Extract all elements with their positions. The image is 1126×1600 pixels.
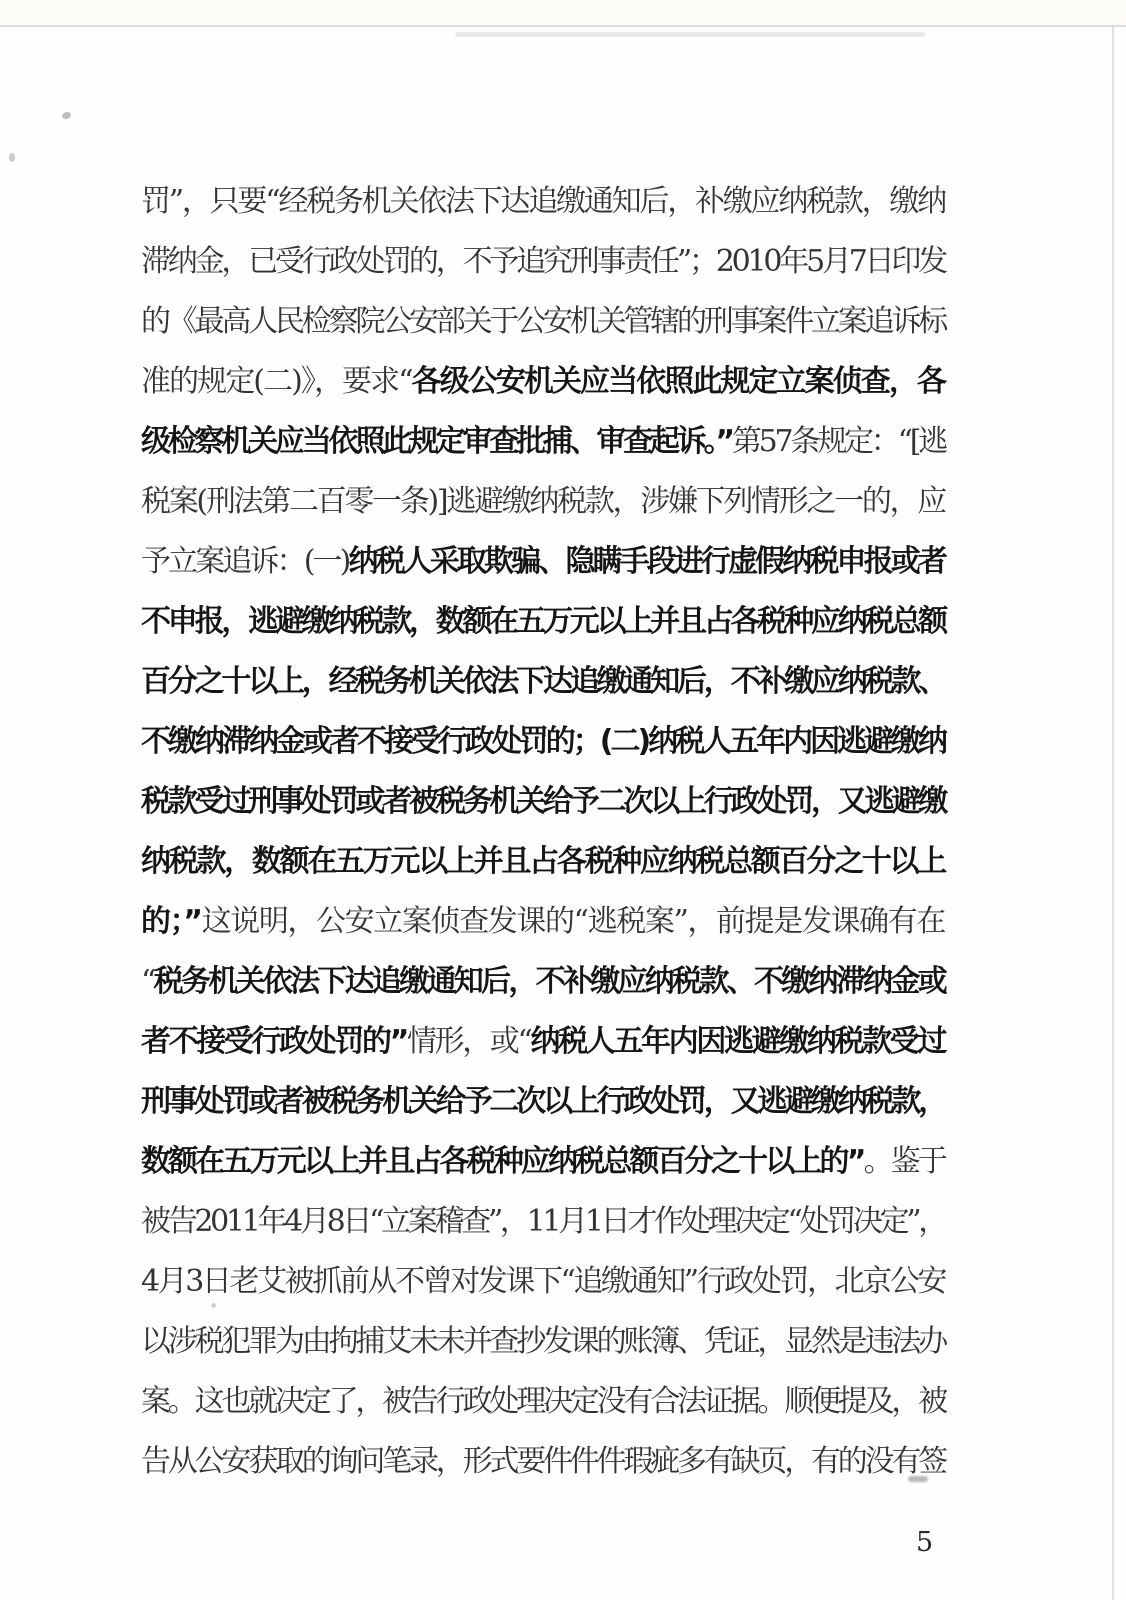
text-line: 刑事处罚或者被税务机关给予二次以上行政处罚，又逃避缴纳税款，: [141, 1072, 945, 1132]
text-run-bold: 级检察机关应当依照此规定审查批捕、审查起诉。”: [141, 424, 732, 459]
text-run-bold: 税款受过刑事处罚或者被税务机关给予二次以上行政处罚，又逃避缴: [141, 784, 945, 819]
text-run-bold: 纳税款，数额在五万元以上并且占各税种应纳税总额百分之十以上: [141, 844, 945, 879]
text-run-bold: 税务机关依法下达追缴通知后，不补缴应纳税款、不缴纳滞纳金或: [154, 964, 945, 999]
text-run-bold: 不申报，逃避缴纳税款，数额在五万元以上并且占各税种应纳税总额: [141, 604, 945, 639]
text-run-regular: 以涉税犯罪为由拘捕艾未未并查抄发课的账簿、凭证，显然是违法办: [141, 1324, 945, 1359]
text-run-regular: 。鉴于: [864, 1144, 945, 1179]
text-line: 的《最高人民检察院公安部关于公安机关管辖的刑事案件立案追诉标: [141, 292, 945, 352]
text-run-regular: 滞纳金，已受行政处罚的，不予追究刑事责任”；2010年5月7日印发: [141, 244, 945, 279]
text-line: 被告2011年4月8日“立案稽查”，11月1日才作处理决定“处罚决定”，: [141, 1192, 945, 1252]
text-line: 不缴纳滞纳金或者不接受行政处罚的；(二)纳税人五年内因逃避缴纳: [141, 712, 945, 772]
text-run-regular: 税案(刑法第二百零一条)]逃避缴纳税款，涉嫌下列情形之一的，应: [141, 484, 945, 519]
text-line: 告从公安获取的询问笔录，形式要件件件瑕疵多有缺页，有的没有签: [141, 1432, 945, 1492]
text-line: 罚”，只要“经税务机关依法下达追缴通知后，补缴应纳税款，缴纳: [141, 172, 945, 232]
text-run-regular: 的《最高人民检察院公安部关于公安机关管辖的刑事案件立案追诉标: [141, 304, 945, 339]
text-run-bold: 数额在五万元以上并且占各税种应纳税总额百分之十以上的”: [141, 1144, 864, 1179]
text-line: 不申报，逃避缴纳税款，数额在五万元以上并且占各税种应纳税总额: [141, 592, 945, 652]
text-line: 者不接受行政处罚的”情形，或“纳税人五年内因逃避缴纳税款受过: [141, 1012, 945, 1072]
text-run-bold: 者不接受行政处罚的”: [141, 1024, 407, 1059]
text-line: 案。这也就决定了，被告行政处理决定没有合法证据。顺便提及，被: [141, 1372, 945, 1432]
text-line: 滞纳金，已受行政处罚的，不予追究刑事责任”；2010年5月7日印发: [141, 232, 945, 292]
text-line: 级检察机关应当依照此规定审查批捕、审查起诉。”第57条规定：“[逃: [141, 412, 945, 472]
text-block: 罚”，只要“经税务机关依法下达追缴通知后，补缴应纳税款，缴纳滞纳金，已受行政处罚…: [141, 172, 945, 1492]
text-line: “税务机关依法下达追缴通知后，不补缴应纳税款、不缴纳滞纳金或: [141, 952, 945, 1012]
text-line: 以涉税犯罪为由拘捕艾未未并查抄发课的账簿、凭证，显然是违法办: [141, 1312, 945, 1372]
text-run-regular: 情形，或“: [407, 1024, 531, 1059]
text-run-regular: 告从公安获取的询问笔录，形式要件件件瑕疵多有缺页，有的没有签: [141, 1444, 945, 1479]
scan-edge-strip: [0, 0, 1126, 25]
scan-artifact-right-line: [1112, 26, 1114, 1600]
text-run-bold: 不缴纳滞纳金或者不接受行政处罚的；(二)纳税人五年内因逃避缴纳: [141, 724, 945, 759]
text-run-bold: 纳税人采取欺骗、隐瞒手段进行虚假纳税申报或者: [348, 544, 945, 579]
text-run-regular: 予立案追诉：(一): [141, 544, 348, 579]
text-line: 的；”这说明，公安立案侦查发课的“逃税案”，前提是发课确有在: [141, 892, 945, 952]
scan-artifact-top-line: [0, 25, 1126, 27]
text-line: 百分之十以上，经税务机关依法下达追缴通知后，不补缴应纳税款、: [141, 652, 945, 712]
text-line: 数额在五万元以上并且占各税种应纳税总额百分之十以上的”。鉴于: [141, 1132, 945, 1192]
text-run-bold: 刑事处罚或者被税务机关给予二次以上行政处罚，又逃避缴纳税款，: [141, 1084, 945, 1119]
text-run-regular: “: [141, 964, 154, 999]
scan-artifact-smudge: [455, 32, 925, 37]
text-run-bold: 的；”: [141, 904, 202, 939]
text-line: 准的规定(二)》，要求“各级公安机关应当依照此规定立案侦查，各: [141, 352, 945, 412]
text-line: 4月3日老艾被抓前从不曾对发课下“追缴通知”行政处罚，北京公安: [141, 1252, 945, 1312]
text-line: 税款受过刑事处罚或者被税务机关给予二次以上行政处罚，又逃避缴: [141, 772, 945, 832]
text-run-regular: 这说明，公安立案侦查发课的“逃税案”，前提是发课确有在: [202, 904, 945, 939]
document-page: 罚”，只要“经税务机关依法下达追缴通知后，补缴应纳税款，缴纳滞纳金，已受行政处罚…: [0, 0, 1126, 1600]
text-line: 税案(刑法第二百零一条)]逃避缴纳税款，涉嫌下列情形之一的，应: [141, 472, 945, 532]
text-run-regular: 4月3日老艾被抓前从不曾对发课下“追缴通知”行政处罚，北京公安: [141, 1264, 945, 1299]
text-run-bold: 百分之十以上，经税务机关依法下达追缴通知后，不补缴应纳税款、: [141, 664, 945, 699]
text-run-bold: 各级公安机关应当依照此规定立案侦查，各: [412, 364, 945, 399]
text-run-regular: 案。这也就决定了，被告行政处理决定没有合法证据。顺便提及，被: [141, 1384, 945, 1419]
text-line: 予立案追诉：(一)纳税人采取欺骗、隐瞒手段进行虚假纳税申报或者: [141, 532, 945, 592]
scan-speck: [61, 111, 72, 121]
scan-speck: [9, 153, 15, 162]
page-number: 5: [916, 1526, 933, 1560]
text-line: 纳税款，数额在五万元以上并且占各税种应纳税总额百分之十以上: [141, 832, 945, 892]
text-run-regular: 被告2011年4月8日“立案稽查”，11月1日才作处理决定“处罚决定”，: [141, 1204, 945, 1239]
text-run-bold: 纳税人五年内因逃避缴纳税款受过: [531, 1024, 945, 1059]
text-run-regular: 罚”，只要“经税务机关依法下达追缴通知后，补缴应纳税款，缴纳: [141, 184, 945, 219]
text-run-regular: 第57条规定：“[逃: [732, 424, 945, 459]
text-run-regular: 准的规定(二)》，要求“: [141, 364, 412, 399]
